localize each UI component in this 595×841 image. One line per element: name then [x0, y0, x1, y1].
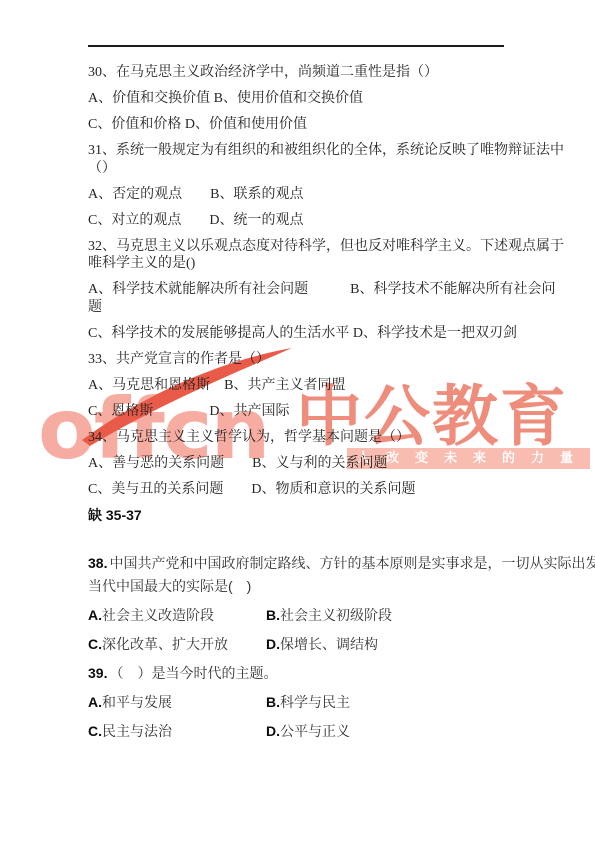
option-label: D. — [266, 723, 280, 739]
option-row: A.和平与发展B.科学与民主 — [88, 691, 568, 714]
question-stem-wrap: 唯科学主义的是() — [88, 255, 558, 273]
question-number: 39. — [88, 665, 107, 681]
option-c: C.深化改革、扩大开放 — [88, 633, 266, 656]
option-label: B. — [266, 607, 280, 623]
option-text: 深化改革、扩大开放 — [102, 636, 228, 652]
question-stem-wrap: 当代中国最大的实际是( ) — [88, 575, 568, 598]
document-content: 30、在马克思主义政治经济学中，尚频道二重性是指（） A、价值和交换价值 B、使… — [0, 0, 595, 841]
question-stem: 33、共产党宣言的作者是（） — [88, 351, 558, 369]
option-a: A.社会主义改造阶段 — [88, 604, 266, 627]
option-label: D. — [266, 636, 280, 652]
option-row: A、马克思和恩格斯 B、共产主义者同盟 — [88, 377, 558, 395]
question-stem-wrap: （） — [88, 160, 558, 178]
option-text: 科学与民主 — [280, 694, 350, 710]
option-row: A、否定的观点 B、联系的观点 — [88, 186, 558, 204]
option-row-wrap: 题 — [88, 299, 558, 317]
question-stem: 34、马克思主义主义哲学认为，哲学基本问题是（） — [88, 429, 558, 447]
option-text: 和平与发展 — [102, 694, 172, 710]
option-text: 社会主义改造阶段 — [102, 607, 214, 623]
option-label: C. — [88, 723, 102, 739]
option-text: 民主与法治 — [102, 723, 172, 739]
option-text: 保增长、调结构 — [280, 636, 378, 652]
option-row: C、价值和价格 D、价值和使用价值 — [88, 116, 558, 134]
questions-30-37: 30、在马克思主义政治经济学中，尚频道二重性是指（） A、价值和交换价值 B、使… — [88, 64, 558, 524]
option-row: C、对立的观点 D、统一的观点 — [88, 212, 558, 230]
option-row: C、科学技术的发展能够提高人的生活水平 D、科学技术是一把双刃剑 — [88, 325, 558, 343]
option-b: B.社会主义初级阶段 — [266, 607, 392, 623]
option-c: C.民主与法治 — [88, 720, 266, 743]
option-text: 公平与正义 — [280, 723, 350, 739]
option-row: C.民主与法治D.公平与正义 — [88, 720, 568, 743]
option-label: C. — [88, 636, 102, 652]
option-text: 社会主义初级阶段 — [280, 607, 392, 623]
question-stem: 31、系统一般规定为有组织的和被组织化的全体，系统论反映了唯物辩证法中 — [88, 142, 558, 160]
option-row: C、美与丑的关系问题 D、物质和意识的关系问题 — [88, 481, 558, 499]
question-stem: 39.（ ）是当今时代的主题。 — [88, 662, 568, 685]
option-d: D.公平与正义 — [266, 723, 350, 739]
option-d: D.保增长、调结构 — [266, 636, 378, 652]
document-page: offcn 中公教育 人改变未来的力量 30、在马克思主义政治经济学中，尚频道二… — [0, 0, 595, 841]
option-row: A、科学技术就能解决所有社会问题 B、科学技术不能解决所有社会问 — [88, 281, 558, 299]
option-label: A. — [88, 694, 102, 710]
question-text: 中国共产党和中国政府制定路线、方针的基本原则是实事求是，一切从实际出发， — [109, 555, 595, 571]
question-stem: 38.中国共产党和中国政府制定路线、方针的基本原则是实事求是，一切从实际出发， — [88, 552, 568, 575]
question-stem: 30、在马克思主义政治经济学中，尚频道二重性是指（） — [88, 64, 558, 82]
header-divider — [88, 45, 504, 47]
option-b: B.科学与民主 — [266, 694, 350, 710]
option-row: A.社会主义改造阶段B.社会主义初级阶段 — [88, 604, 568, 627]
questions-38-39: 38.中国共产党和中国政府制定路线、方针的基本原则是实事求是，一切从实际出发， … — [88, 552, 568, 743]
option-row: C、恩格斯 D、共产国际 — [88, 403, 558, 421]
option-row: C.深化改革、扩大开放D.保增长、调结构 — [88, 633, 568, 656]
option-label: A. — [88, 607, 102, 623]
question-number: 38. — [88, 555, 107, 571]
question-text: （ ）是当今时代的主题。 — [109, 665, 277, 681]
missing-questions-note: 缺 35-37 — [88, 507, 558, 525]
option-a: A.和平与发展 — [88, 691, 266, 714]
option-row: A、善与恶的关系问题 B、义与利的关系问题 — [88, 455, 558, 473]
option-row: A、价值和交换价值 B、使用价值和交换价值 — [88, 90, 558, 108]
option-label: B. — [266, 694, 280, 710]
question-stem: 32、马克思主义以乐观点态度对待科学，但也反对唯科学主义。下述观点属于 — [88, 238, 558, 256]
